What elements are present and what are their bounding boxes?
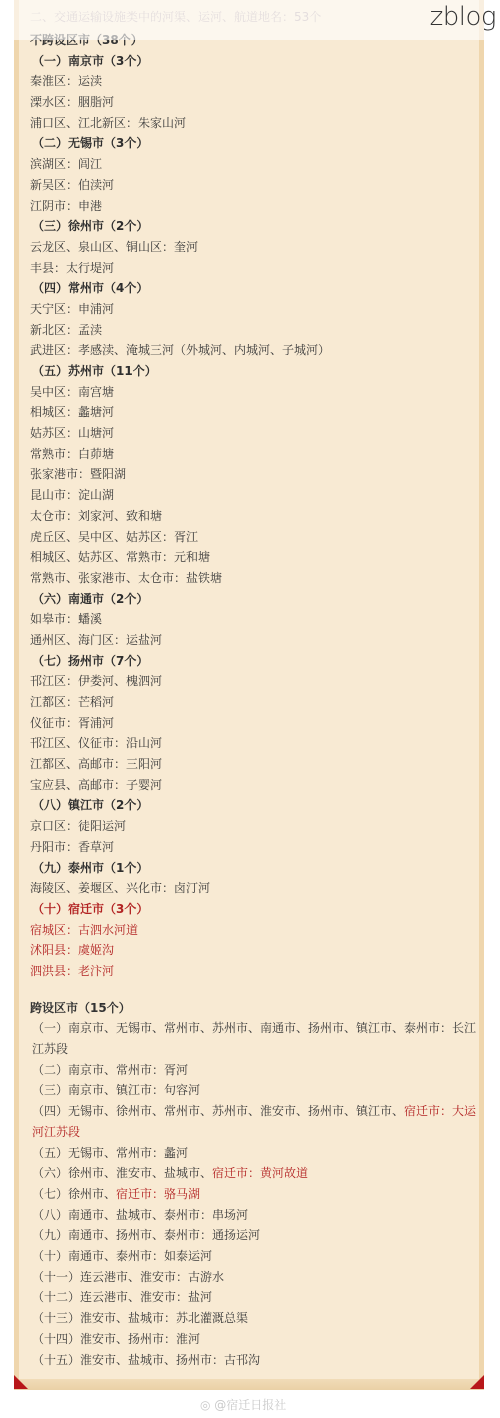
cross-item-cities: （三）南京市、镇江市： xyxy=(32,1083,164,1097)
cross-item-cities: （六）徐州市、淮安市、盐城市、 xyxy=(32,1166,212,1180)
cross-item-name: 蠡河 xyxy=(164,1146,188,1160)
list-item: 京口区：徒阳运河 xyxy=(30,816,480,837)
list-item: 邗江区：伊娄河、槐泗河 xyxy=(30,671,480,692)
list-item: 相城区、姑苏区、常熟市：元和塘 xyxy=(30,547,480,568)
cross-item-suqian: 宿迁市： xyxy=(404,1104,452,1118)
cross-item-name: 胥河 xyxy=(164,1063,188,1077)
list-item: 江都区：芒稻河 xyxy=(30,692,480,713)
cross-item-name: 古邗沟 xyxy=(224,1353,260,1367)
cross-list-item: （一）南京市、无锡市、常州市、苏州市、南通市、扬州市、镇江市、泰州市：长江江苏段 xyxy=(30,1018,480,1059)
cross-list-item: （二）南京市、常州市：胥河 xyxy=(30,1060,480,1081)
cross-list-item: （十四）淮安市、扬州市：淮河 xyxy=(30,1329,480,1350)
list-item: 天宁区：申浦河 xyxy=(30,299,480,320)
cross-list-item: （十五）淮安市、盐城市、扬州市：古邗沟 xyxy=(30,1350,480,1371)
cross-item-suqian: 宿迁市： xyxy=(212,1166,260,1180)
list-item: 如皋市：蟠溪 xyxy=(30,609,480,630)
list-item: 新北区：孟渎 xyxy=(30,320,480,341)
weibo-account: @宿迁日报社 xyxy=(214,1398,286,1412)
cross-item-name: 如泰运河 xyxy=(164,1249,212,1263)
panel-bottom-border xyxy=(14,1379,484,1390)
cross-item-cities: （十五）淮安市、盐城市、扬州市： xyxy=(32,1353,224,1367)
list-item: 海陵区、姜堰区、兴化市：卤汀河 xyxy=(30,878,480,899)
list-item: 新吴区：伯渎河 xyxy=(30,175,480,196)
list-item: 云龙区、泉山区、铜山区：奎河 xyxy=(30,237,480,258)
cross-list-item: （五）无锡市、常州市：蠡河 xyxy=(30,1143,480,1164)
list-item: 宝应县、高邮市：子婴河 xyxy=(30,775,480,796)
cross-item-cities: （七）徐州市、 xyxy=(32,1187,116,1201)
cross-list-item: （八）南通市、盐城市、泰州市：串场河 xyxy=(30,1205,480,1226)
corner-decoration-right xyxy=(470,1375,484,1389)
list-item: 丹阳市：香草河 xyxy=(30,837,480,858)
city-heading: （六）南通市（2个） xyxy=(30,589,480,610)
brand-watermark: zblog xyxy=(430,2,496,32)
city-heading: （四）常州市（4个） xyxy=(30,278,480,299)
list-item: 常熟市：白茆塘 xyxy=(30,444,480,465)
suqian-block: （十）宿迁市（3个）宿城区：古泗水河道沭阳县：虞姬沟泗洪县：老汴河 xyxy=(30,899,480,982)
list-item: 仪征市：胥浦河 xyxy=(30,713,480,734)
cross-item-cities: （五）无锡市、常州市： xyxy=(32,1146,164,1160)
cross-list-item: （三）南京市、镇江市：句容河 xyxy=(30,1080,480,1101)
list-item: 昆山市：淀山湖 xyxy=(30,485,480,506)
cross-list-item: （四）无锡市、徐州市、常州市、苏州市、淮安市、扬州市、镇江市、宿迁市：大运河江苏… xyxy=(30,1101,480,1142)
weibo-watermark: ◎ @宿迁日报社 xyxy=(200,1396,286,1413)
cross-item-cities: （十三）淮安市、盐城市： xyxy=(32,1311,176,1325)
cross-item-name: 淮河 xyxy=(176,1332,200,1346)
city-heading: （九）泰州市（1个） xyxy=(30,858,480,879)
top-fade-overlay xyxy=(0,0,500,40)
city-heading: （三）徐州市（2个） xyxy=(30,216,480,237)
cross-item-cities: （九）南通市、扬州市、泰州市： xyxy=(32,1228,212,1242)
cross-item-name: 句容河 xyxy=(164,1083,200,1097)
cross-item-cities: （四）无锡市、徐州市、常州市、苏州市、淮安市、扬州市、镇江市、 xyxy=(32,1104,404,1118)
cross-list: （一）南京市、无锡市、常州市、苏州市、南通市、扬州市、镇江市、泰州市：长江江苏段… xyxy=(30,1018,480,1370)
cross-list-item: （七）徐州市、宿迁市：骆马湖 xyxy=(30,1184,480,1205)
list-item: 张家港市：暨阳湖 xyxy=(30,464,480,485)
cross-list-item: （九）南通市、扬州市、泰州市：通扬运河 xyxy=(30,1225,480,1246)
cross-item-name: 黄河故道 xyxy=(260,1166,308,1180)
city-heading: （八）镇江市（2个） xyxy=(30,795,480,816)
cross-item-cities: （二）南京市、常州市： xyxy=(32,1063,164,1077)
list-item: 太仓市：刘家河、致和塘 xyxy=(30,506,480,527)
list-item: 虎丘区、吴中区、姑苏区：胥江 xyxy=(30,527,480,548)
cross-item-name: 盐河 xyxy=(188,1290,212,1304)
list-item: 吴中区：南宫塘 xyxy=(30,382,480,403)
weibo-icon: ◎ xyxy=(200,1398,214,1412)
cross-item-cities: （十二）连云港市、淮安市： xyxy=(32,1290,188,1304)
list-item: 邗江区、仪征市：沿山河 xyxy=(30,733,480,754)
cross-item-name: 串场河 xyxy=(212,1208,248,1222)
corner-decoration-left xyxy=(14,1375,28,1389)
list-item: 泗洪县：老汴河 xyxy=(30,961,480,982)
list-item: 丰县：太行堤河 xyxy=(30,258,480,279)
non-cross-list: （一）南京市（3个）秦淮区：运渎溧水区：胭脂河浦口区、江北新区：朱家山河（二）无… xyxy=(30,51,480,899)
cross-title: 跨设区市（15个） xyxy=(30,998,480,1019)
cross-list-item: （十二）连云港市、淮安市：盐河 xyxy=(30,1287,480,1308)
list-item: 武进区：孝感渎、淹城三河（外城河、内城河、子城河） xyxy=(30,340,480,361)
cross-item-name: 苏北灌溉总渠 xyxy=(176,1311,248,1325)
cross-item-cities: （一）南京市、无锡市、常州市、苏州市、南通市、扬州市、镇江市、泰州市： xyxy=(32,1021,452,1035)
list-item: 常熟市、张家港市、太仓市：盐铁塘 xyxy=(30,568,480,589)
cross-item-cities: （十四）淮安市、扬州市： xyxy=(32,1332,176,1346)
cross-list-item: （六）徐州市、淮安市、盐城市、宿迁市：黄河故道 xyxy=(30,1163,480,1184)
list-item: 宿城区：古泗水河道 xyxy=(30,920,480,941)
list-item: 相城区：蠡塘河 xyxy=(30,402,480,423)
cross-list-item: （十一）连云港市、淮安市：古游水 xyxy=(30,1267,480,1288)
cross-item-name: 骆马湖 xyxy=(164,1187,200,1201)
list-item: 溧水区：胭脂河 xyxy=(30,92,480,113)
cross-item-name: 古游水 xyxy=(188,1270,224,1284)
cross-list-item: （十三）淮安市、盐城市：苏北灌溉总渠 xyxy=(30,1308,480,1329)
document-content: 二、交通运输设施类中的河渠、运河、航道地名：53个 不跨设区市（38个） （一）… xyxy=(30,0,480,1370)
city-heading: （五）苏州市（11个） xyxy=(30,361,480,382)
list-item: 滨湖区：闾江 xyxy=(30,154,480,175)
cross-item-cities: （十）南通市、泰州市： xyxy=(32,1249,164,1263)
list-item: 姑苏区：山塘河 xyxy=(30,423,480,444)
list-item: 浦口区、江北新区：朱家山河 xyxy=(30,113,480,134)
cross-item-name: 通扬运河 xyxy=(212,1228,260,1242)
city-heading: （七）扬州市（7个） xyxy=(30,651,480,672)
list-item: 通州区、海门区：运盐河 xyxy=(30,630,480,651)
cross-list-item: （十）南通市、泰州市：如泰运河 xyxy=(30,1246,480,1267)
list-item: 江阴市：申港 xyxy=(30,196,480,217)
city-heading-suqian: （十）宿迁市（3个） xyxy=(30,899,480,920)
cross-item-cities: （八）南通市、盐城市、泰州市： xyxy=(32,1208,212,1222)
list-item: 江都区、高邮市：三阳河 xyxy=(30,754,480,775)
list-item: 沭阳县：虞姬沟 xyxy=(30,940,480,961)
cross-item-suqian: 宿迁市： xyxy=(116,1187,164,1201)
list-item: 秦淮区：运渎 xyxy=(30,71,480,92)
cross-item-cities: （十一）连云港市、淮安市： xyxy=(32,1270,188,1284)
city-heading: （一）南京市（3个） xyxy=(30,51,480,72)
city-heading: （二）无锡市（3个） xyxy=(30,133,480,154)
